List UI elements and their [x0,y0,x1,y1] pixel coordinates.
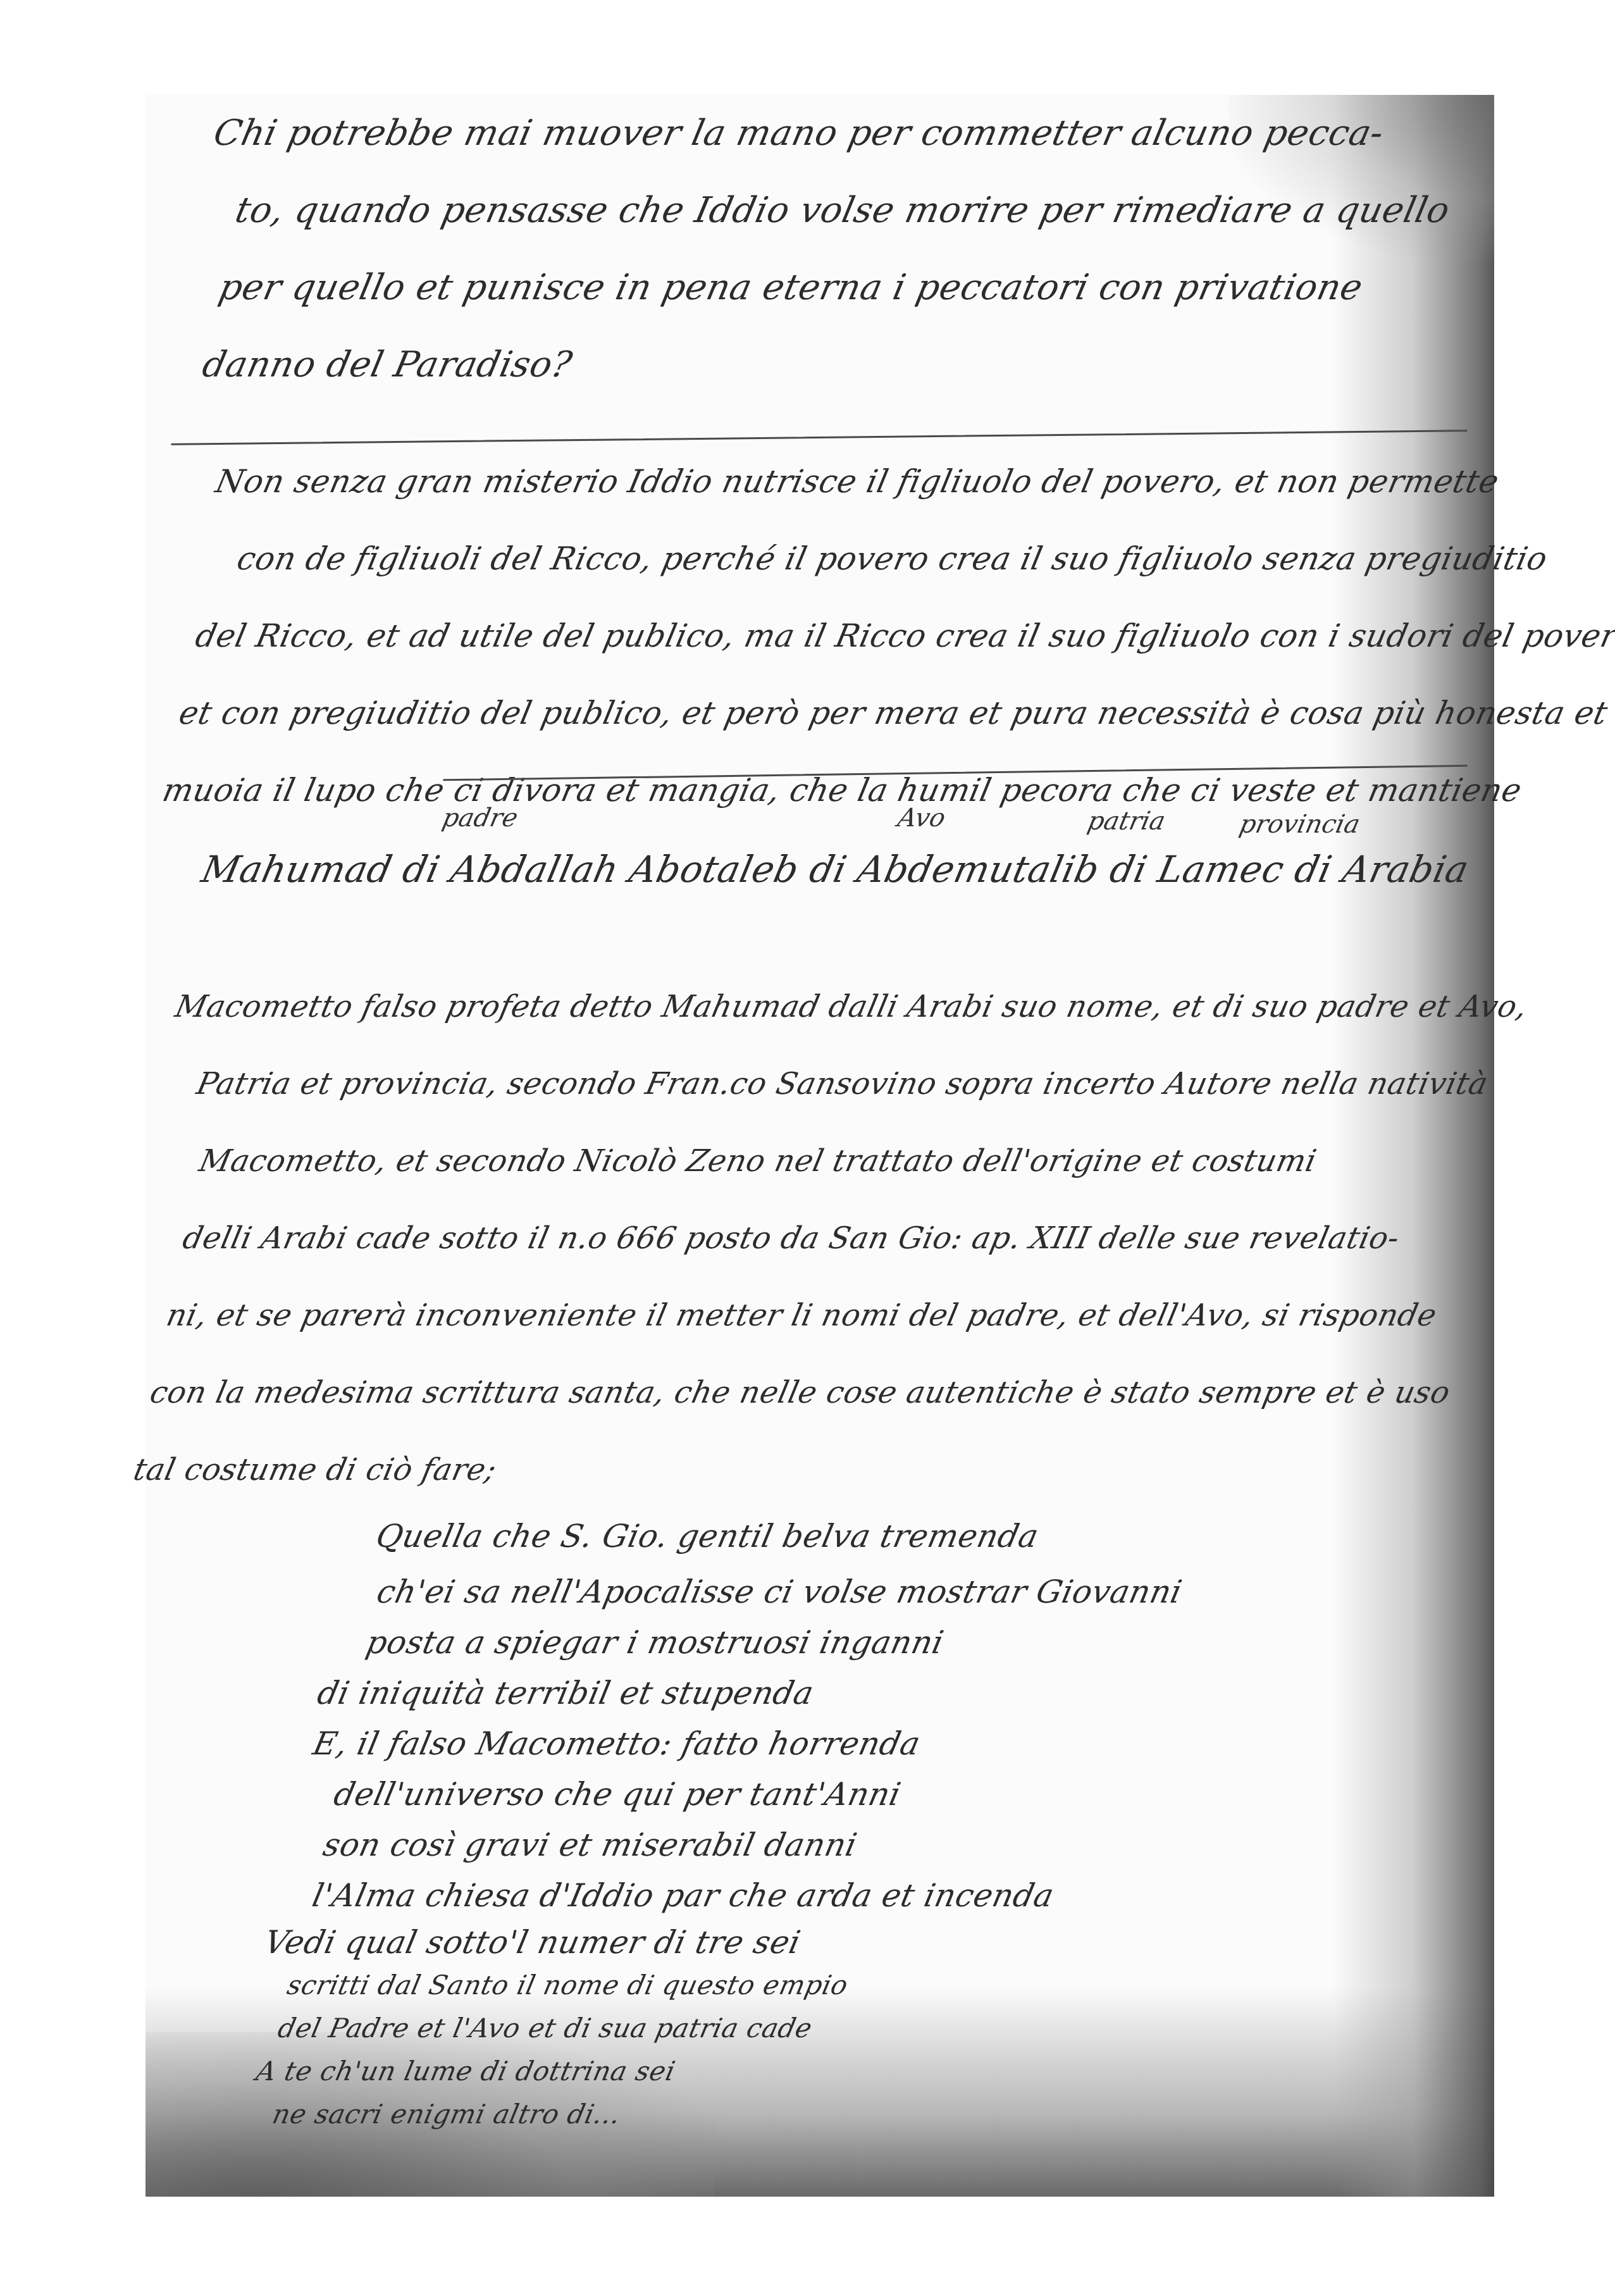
paragraph-3-line: con la medesima scrittura santa, che nel… [85,1354,1457,1431]
verse-line: ne sacri enigmi altro di... [249,2093,1075,2136]
paragraph-1-line: per quello et punisce in pena eterna i p… [173,249,1440,326]
verse-line: E, il falso Macometto: fatto horrenda [308,1718,1154,1769]
verse-line: dell'universo che qui per tant'Anni [316,1769,1144,1820]
paragraph-3-line: Patria et provincia, secondo Fran.co San… [151,1045,1523,1122]
paragraph-1-line: to, quando pensasse che Iddio volse mori… [190,172,1457,249]
paragraph-2-line: Non senza gran misterio Iddio nutrisce i… [208,443,1615,520]
paragraph-3-line: Macometto falso profeta detto Mahumad da… [168,968,1540,1045]
paragraph-3-line: ni, et se parerà inconveniente il metter… [102,1277,1474,1354]
paragraph-3: Macometto falso profeta detto Mahumad da… [69,968,1540,1508]
gloss-patria: patria [1085,807,1168,836]
paragraph-2-line: del Ricco, et ad utile del publico, ma i… [175,597,1615,674]
verse-line: di iniquità terribil et stupenda [312,1668,1165,1718]
verse-line: l'Alma chiesa d'Iddio par che arda et in… [295,1870,1122,1921]
paragraph-1: Chi potrebbe mai muover la mano per comm… [157,95,1473,404]
paragraph-3-line: delli Arabi cade sotto il n.o 666 posto … [118,1200,1490,1277]
paragraph-2: Non senza gran misterio Iddio nutrisce i… [142,443,1615,829]
paragraph-3-line: Macometto, et secondo Nicolò Zeno nel tr… [135,1122,1507,1200]
verse-line: del Padre et l'Avo et di sua patria cade [268,2007,1093,2050]
gloss-avo: Avo [895,804,948,833]
verse-line: posta a spiegar i mostruosi inganni [349,1617,1176,1668]
paragraph-2-line: et con pregiuditio del publico, et però … [159,674,1615,752]
paragraph-2-line: con de figliuoli del Ricco, perché il po… [192,520,1615,597]
verse-line: son così gravi et miserabil danni [306,1820,1133,1870]
sonnet: Quella che S. Gio. gentil belva tremenda… [249,1506,1199,2136]
paragraph-1-line: Chi potrebbe mai muover la mano per comm… [206,95,1473,172]
gloss-provincia: provincia [1237,810,1363,839]
paragraph-3-line: tal costume di ciò fare; [69,1431,1441,1508]
verse-line: Vedi qual sotto'l numer di tre sei [261,1921,1111,1964]
verse-line: Quella che S. Gio. gentil belva tremenda [370,1506,1199,1567]
genealogy-line: Mahumad di Abdallah Abotaleb di Abdemuta… [198,848,1473,891]
paragraph-1-line: danno del Paradiso? [157,326,1424,404]
verse-line: scritti dal Santo il nome di questo empi… [277,1964,1103,2007]
verse-line: A te ch'un lume di dottrina sei [252,2050,1084,2093]
gloss-padre: padre [440,804,521,833]
verse-line: ch'ei sa nell'Apocalisse ci volse mostra… [359,1567,1187,1617]
paragraph-2-line: muoia il lupo che ci divora et mangia, c… [142,752,1611,829]
